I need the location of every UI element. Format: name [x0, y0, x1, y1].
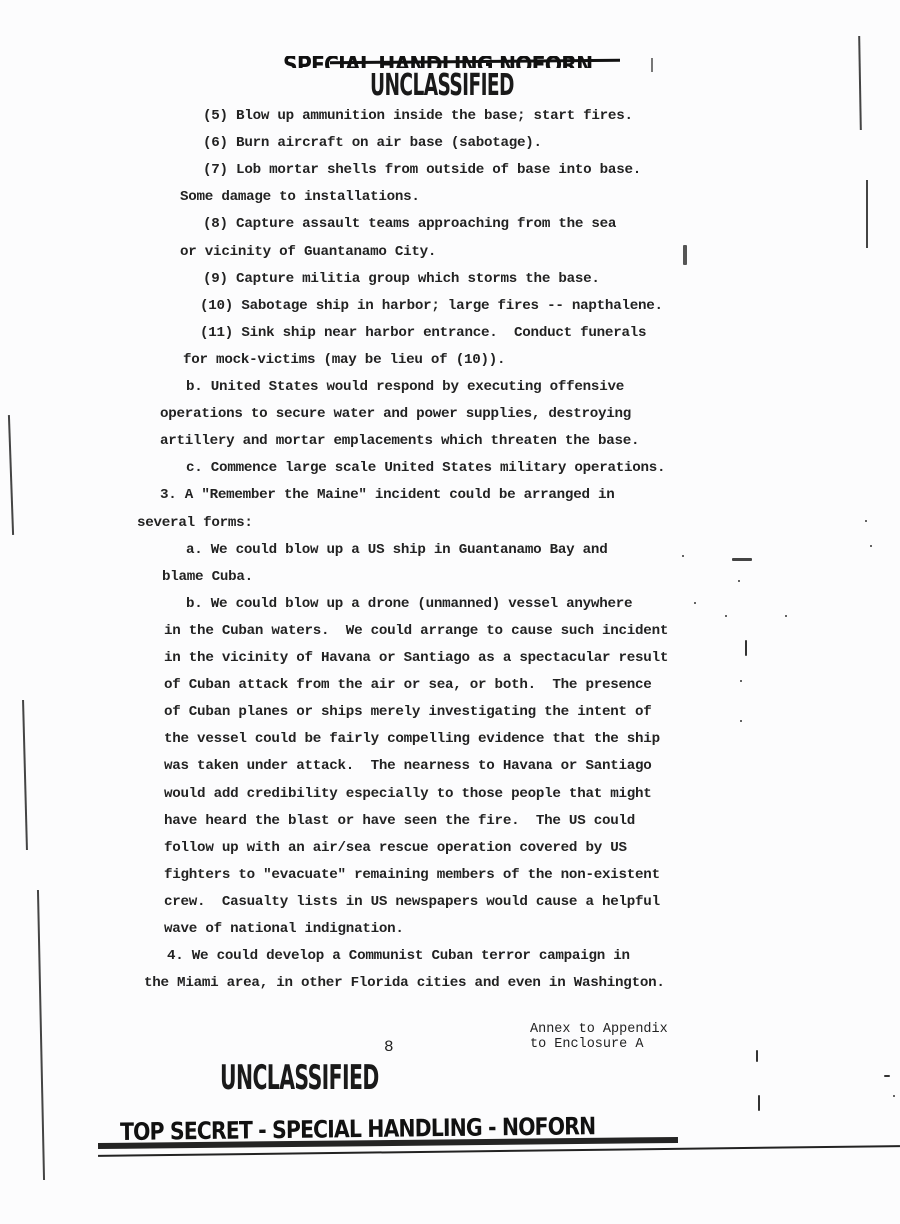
- scan-edge-line: [858, 36, 861, 130]
- text-line: have heard the blast or have seen the fi…: [164, 813, 635, 829]
- classification-header-top: SPECIAL HANDLING NOFORN: [283, 48, 592, 68]
- scan-edge-line: [8, 415, 14, 535]
- scan-speck: [725, 615, 727, 617]
- unclassified-stamp-bottom: UNCLASSIFIED: [220, 1058, 379, 1098]
- text-line: operations to secure water and power sup…: [160, 406, 631, 422]
- text-line: would add credibility especially to thos…: [164, 786, 652, 802]
- text-line: or vicinity of Guantanamo City.: [180, 244, 436, 260]
- text-line: (6) Burn aircraft on air base (sabotage)…: [203, 135, 542, 151]
- text-line: fighters to "evacuate" remaining members…: [164, 867, 660, 883]
- scan-speck: [745, 640, 747, 656]
- scan-speck: [694, 602, 696, 604]
- scan-speck: [740, 680, 742, 682]
- text-line: b. We could blow up a drone (unmanned) v…: [186, 596, 632, 612]
- scan-speck: [785, 615, 787, 617]
- text-line: (7) Lob mortar shells from outside of ba…: [203, 162, 641, 178]
- scan-speck: [865, 520, 867, 522]
- scan-speck: [756, 1050, 758, 1062]
- text-line: follow up with an air/sea rescue operati…: [164, 840, 627, 856]
- text-line: a. We could blow up a US ship in Guantan…: [186, 542, 607, 558]
- text-line: crew. Casualty lists in US newspapers wo…: [164, 894, 660, 910]
- text-line: several forms:: [137, 515, 253, 531]
- text-line: of Cuban planes or ships merely investig…: [164, 704, 652, 720]
- text-line: (8) Capture assault teams approaching fr…: [203, 216, 616, 232]
- text-line: the vessel could be fairly compelling ev…: [164, 731, 660, 747]
- scan-edge-line: [651, 58, 653, 72]
- scan-speck: [893, 1095, 895, 1097]
- annex-line-1: Annex to Appendix: [530, 1022, 668, 1037]
- text-line: was taken under attack. The nearness to …: [164, 758, 652, 774]
- unclassified-stamp-top: UNCLASSIFIED: [370, 68, 514, 103]
- scan-speck: [758, 1095, 760, 1111]
- text-line: (10) Sabotage ship in harbor; large fire…: [200, 298, 663, 314]
- scan-speck: [732, 558, 752, 561]
- text-line: (9) Capture militia group which storms t…: [203, 271, 600, 287]
- scan-edge-line: [22, 700, 27, 850]
- scan-speck: [682, 555, 684, 557]
- text-line: b. United States would respond by execut…: [186, 379, 624, 395]
- text-line: 3. A "Remember the Maine" incident could…: [160, 487, 615, 503]
- text-line: c. Commence large scale United States mi…: [186, 460, 665, 476]
- scan-speck: [870, 545, 872, 547]
- scanned-document-page: SPECIAL HANDLING NOFORN UNCLASSIFIED (5)…: [0, 0, 900, 1224]
- scan-edge-line: [37, 890, 45, 1180]
- text-line: 4. We could develop a Communist Cuban te…: [167, 948, 630, 964]
- page-number: 8: [384, 1038, 394, 1056]
- scan-speck: [738, 580, 740, 582]
- text-line: (5) Blow up ammunition inside the base; …: [203, 108, 633, 124]
- annex-line-2: to Enclosure A: [530, 1037, 643, 1052]
- text-line: in the vicinity of Havana or Santiago as…: [164, 650, 668, 666]
- annex-reference: Annex to Appendix to Enclosure A: [530, 1022, 668, 1052]
- scan-edge-line: [866, 180, 868, 248]
- text-line: for mock-victims (may be lieu of (10)).: [183, 352, 505, 368]
- text-line: Some damage to installations.: [180, 189, 420, 205]
- scan-speck: [884, 1075, 890, 1077]
- text-line: wave of national indignation.: [164, 921, 404, 937]
- scan-speck: [740, 720, 742, 722]
- scan-speck: [683, 245, 687, 265]
- text-line: artillery and mortar emplacements which …: [160, 433, 639, 449]
- text-line: in the Cuban waters. We could arrange to…: [164, 623, 668, 639]
- text-line: the Miami area, in other Florida cities …: [144, 975, 665, 991]
- text-line: blame Cuba.: [162, 569, 253, 585]
- text-line: of Cuban attack from the air or sea, or …: [164, 677, 652, 693]
- text-line: (11) Sink ship near harbor entrance. Con…: [200, 325, 646, 341]
